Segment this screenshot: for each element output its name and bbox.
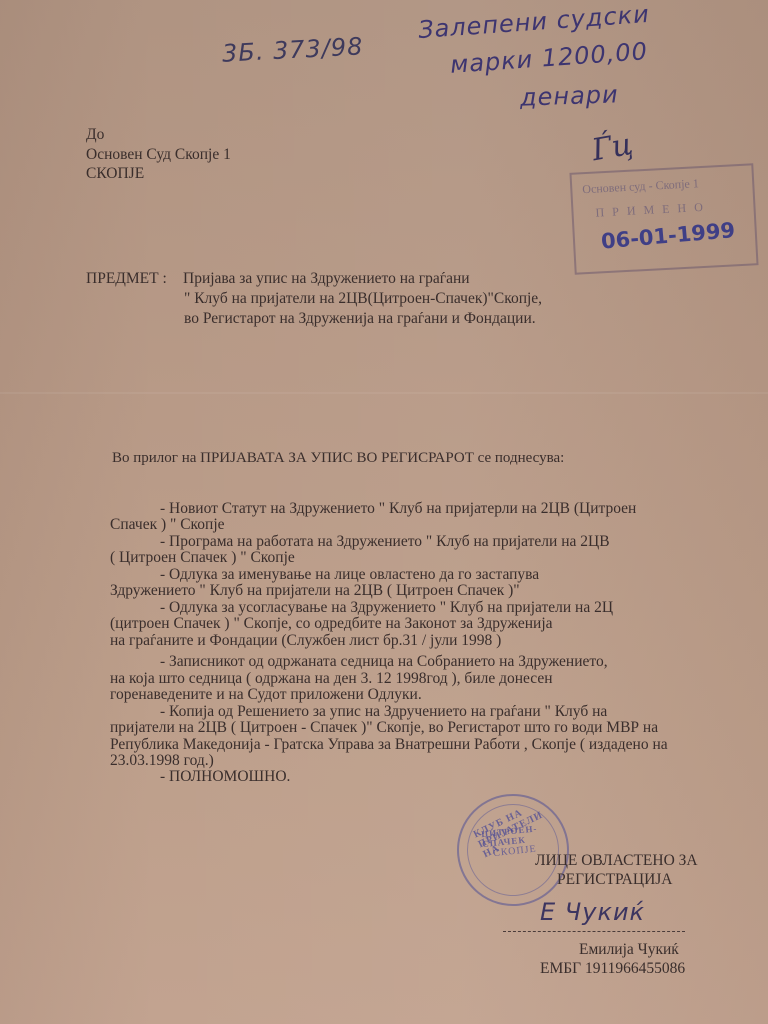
signatory-id-number: ЕМБГ 1911966455086 — [540, 960, 685, 977]
attachment-item-cont: Спачек ) " Скопје — [110, 516, 225, 533]
attachment-item: - Програма на работата на Здружението " … — [160, 533, 610, 550]
handwritten-case-number: 3Б. 373/98 — [221, 32, 364, 67]
recipient-city: СКОПЈЕ — [86, 165, 144, 182]
signatory-signature: Е Чукиќ — [540, 898, 645, 926]
stamp-court-name: Основен суд - Скопје 1 — [582, 176, 699, 197]
attachment-item: - Записникот од одржаната седница на Соб… — [160, 653, 608, 670]
stamp-date: 06-01-1999 — [600, 218, 736, 254]
attachment-item-cont: (цитроен Спачек ) " Скопје, со одредбите… — [110, 615, 553, 632]
handwritten-note-line: денари — [520, 80, 620, 111]
attachment-item: - Одлука за именување на лице овластено … — [160, 566, 539, 583]
subject-line: Пријава за упис на Здружението на граѓан… — [183, 270, 470, 287]
attachment-item-cont: Здружението " Клуб на пријатели на 2ЦВ (… — [110, 582, 520, 599]
attachment-item-cont: горенаведените и на Судот приложени Одлу… — [110, 686, 422, 703]
recipient-to: До — [86, 126, 104, 143]
recipient-court: Основен Суд Скопје 1 — [86, 146, 231, 163]
subject-label: ПРЕДМЕТ : — [86, 270, 167, 287]
signature-line — [503, 931, 685, 932]
signatory-title: ЛИЦЕ ОВЛАСТЕНО ЗА — [535, 852, 698, 869]
court-received-stamp: Основен суд - Скопје 1 ПРИМЕНО 06-01-199… — [569, 163, 758, 274]
stamp-received-label: ПРИМЕНО — [595, 200, 711, 221]
signatory-name: Емилија Чукиќ — [579, 941, 679, 958]
club-round-seal: КЛУБ НА ПРИЈАТЕЛИ НА ЦИТРОЕН-СПАЧЕК СКОП… — [451, 788, 574, 911]
paper-fold-line — [0, 392, 768, 394]
attachment-item: - ПОЛНОМОШНО. — [160, 768, 290, 785]
attachments-intro: Во прилог на ПРИЈАВАТА ЗА УПИС ВО РЕГИСР… — [112, 450, 564, 467]
attachment-item-cont: пријатели на 2ЦВ ( Цитроен - Спачек )" С… — [110, 719, 658, 736]
attachment-item-cont: ( Цитроен Спачек ) " Скопје — [110, 549, 295, 566]
signatory-title: РЕГИСТРАЦИЈА — [557, 871, 673, 888]
seal-city: СКОПЈЕ — [493, 844, 537, 859]
handwritten-note-line: Залепени судски — [417, 0, 650, 44]
attachment-item-cont: на која што седница ( одржана на ден 3. … — [110, 670, 553, 687]
seal-inner-text: ЦИТРОЕН-СПАЧЕК — [481, 820, 567, 849]
handwritten-note-line: марки 1200,00 — [449, 37, 648, 79]
subject-line: " Клуб на пријатели на 2ЦВ(Цитроен-Спаче… — [184, 290, 542, 307]
attachment-item-cont: 23.03.1998 год.) — [110, 752, 214, 769]
attachment-item-cont: Република Македонија - Гратска Управа за… — [110, 736, 668, 753]
attachment-item: - Новиот Статут на Здружението " Клуб на… — [160, 500, 636, 517]
subject-line: во Регистарот на Здруженија на граѓани и… — [184, 310, 536, 327]
attachment-item: - Одлука за усогласување на Здружението … — [160, 599, 613, 616]
attachment-item: - Копија од Решението за упис на Здручен… — [160, 703, 607, 720]
judge-signature: Ѓц — [589, 127, 635, 169]
attachment-item-cont: на граѓаните и Фондации (Службен лист бр… — [110, 632, 501, 649]
